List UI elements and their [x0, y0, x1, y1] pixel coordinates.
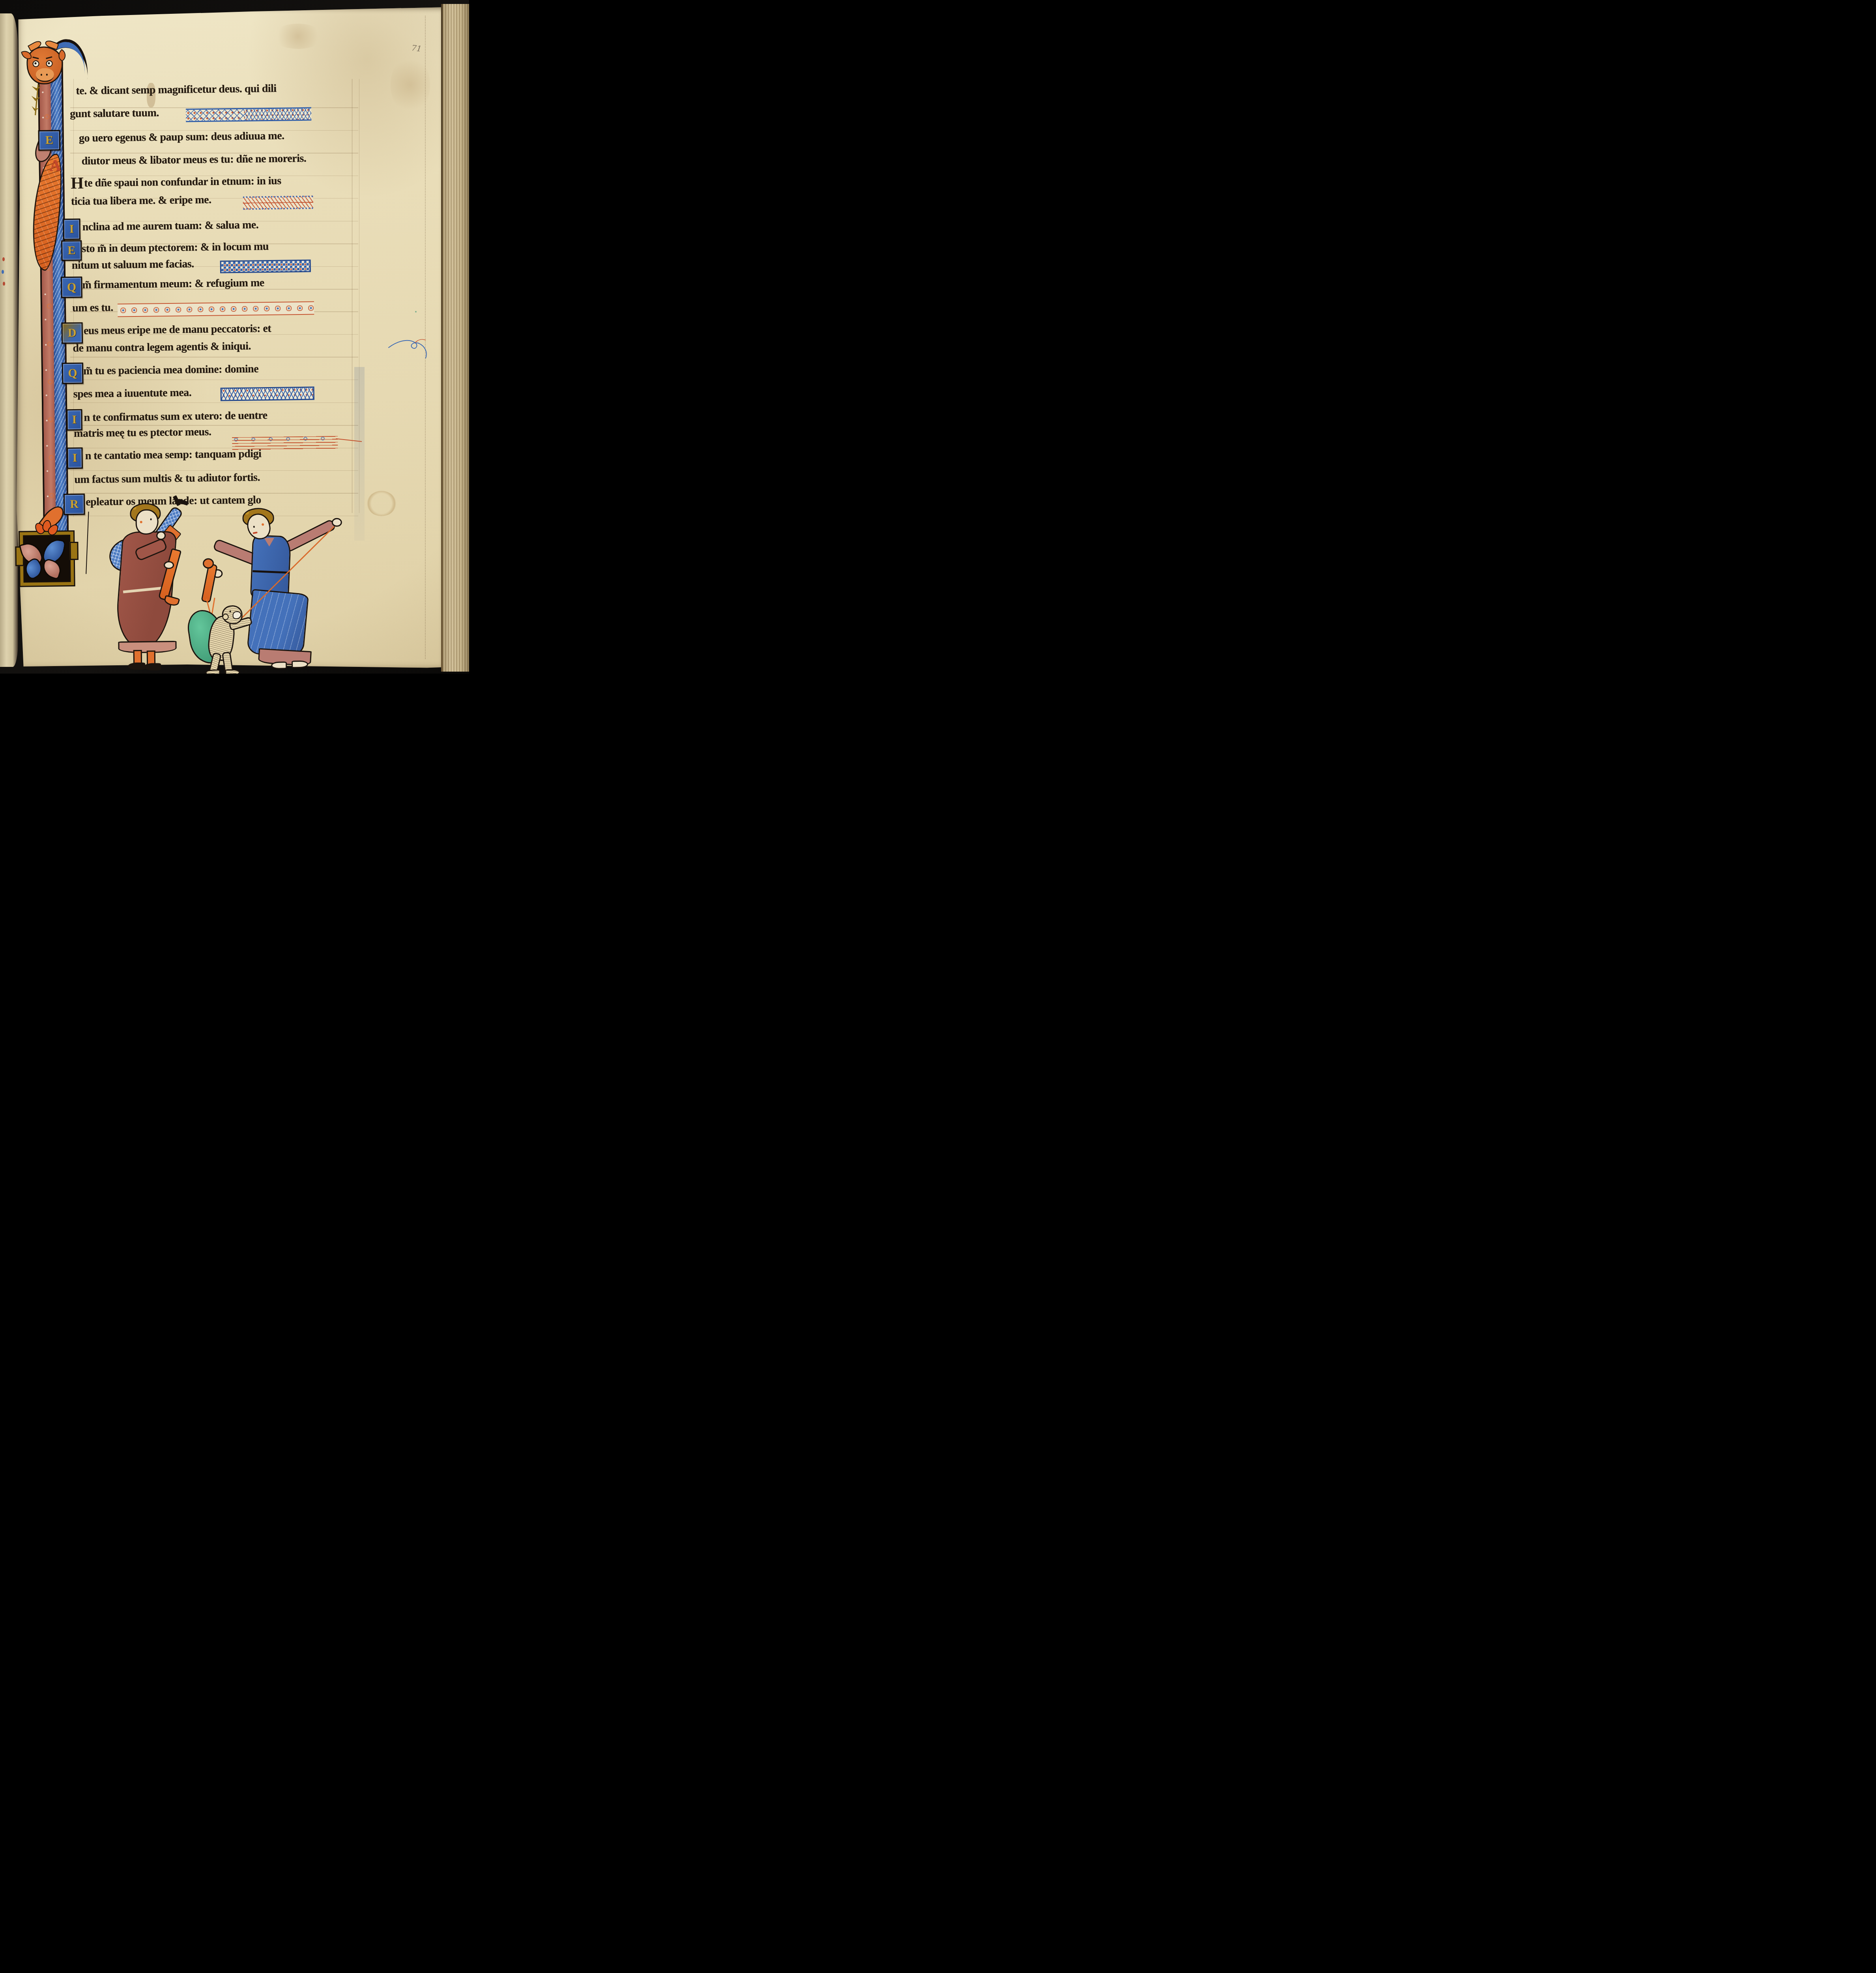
- ape-muzzle: [232, 611, 241, 619]
- mouth: [253, 532, 258, 534]
- initial-panel-E: E: [38, 130, 61, 151]
- initial-panel-I: I: [67, 447, 83, 469]
- ape-figure: [188, 603, 252, 673]
- text-line: um es tu.: [72, 301, 113, 319]
- ape-ear: [223, 614, 229, 620]
- keeper-arm-raised: [283, 519, 337, 553]
- initial-letter: Q: [67, 281, 77, 294]
- initial-letter: E: [67, 244, 75, 257]
- initial-letter: I: [69, 223, 74, 236]
- manuscript-photo: 71: [0, 0, 469, 674]
- line-filler-zigzag: [221, 387, 314, 401]
- initial-letter: Q: [68, 367, 77, 380]
- piper-shoe: [128, 663, 145, 670]
- ape-foot: [225, 669, 240, 674]
- page-content: 71: [0, 0, 469, 674]
- initial-panel-D: D: [62, 322, 83, 344]
- horn-icon: [28, 39, 43, 52]
- eye-icon: [32, 60, 39, 67]
- text-line: te. & dicant semp magnificetur deus. qui…: [76, 82, 277, 102]
- text-line: go uero egenus & paup sum: deus adiuua m…: [79, 129, 284, 149]
- initial-panel-Q: Q: [62, 363, 84, 384]
- text-line: diutor meus & libator meus es tu: dñe ne…: [81, 152, 306, 172]
- initial-panel-I: I: [63, 219, 80, 240]
- initial-panel-E: E: [61, 240, 82, 261]
- keeper-skirt: [247, 589, 309, 659]
- text-line: ticia tua libera me. & eripe me.: [71, 194, 211, 213]
- nostril: [41, 74, 42, 76]
- text-line: te dñe spaui non confundar in etnum: in …: [84, 175, 281, 195]
- pen-line: [86, 512, 89, 574]
- text-line: um factus sum multis & tu adiutor fortis…: [74, 471, 260, 491]
- initial-panel-Q: Q: [61, 277, 82, 298]
- initial-letter: D: [68, 326, 77, 340]
- brow: [32, 56, 39, 59]
- ape-foot: [205, 670, 220, 674]
- initial-letter: I: [72, 413, 77, 427]
- line-filler-vine: [232, 436, 338, 451]
- initial-letter: I: [73, 451, 77, 465]
- eye-icon: [229, 610, 231, 612]
- text-line: eus meus eripe me de manu peccatoris: et: [84, 322, 271, 342]
- text-line: de manu contra legem agentis & iniqui.: [73, 340, 251, 359]
- eye-icon: [150, 519, 152, 520]
- line-filler-checker: [220, 260, 311, 273]
- foliate-terminal: [20, 532, 74, 586]
- vine-tail: [336, 438, 362, 442]
- initial-black-H: H: [71, 174, 84, 193]
- text-line: nitum ut saluum me facias.: [72, 258, 194, 277]
- eye-icon: [253, 526, 255, 528]
- initial-panel-R: R: [64, 494, 85, 515]
- line-filler-chevron: [245, 107, 311, 122]
- keeper-foot: [271, 661, 287, 669]
- eye-icon: [46, 60, 52, 67]
- line-filler-lattice: [186, 108, 245, 122]
- cheek-dot: [262, 523, 264, 526]
- text-line: m̃ tu es paciencia mea domine: domine: [83, 363, 258, 382]
- initial-letter: E: [45, 134, 53, 147]
- brow: [46, 56, 52, 59]
- text-line: gunt salutare tuum.: [70, 107, 159, 125]
- muzzle: [36, 68, 54, 82]
- text-line: matris meę tu es ptector meus.: [74, 426, 211, 445]
- piper-shoe: [144, 663, 161, 670]
- text-line: spes mea a iuuentute mea.: [73, 386, 192, 405]
- text-line: m̃ firmamentum meum: & refugium me: [82, 277, 264, 296]
- club: [201, 563, 218, 603]
- keeper-foot: [292, 661, 308, 668]
- text-line: sto m̃ in deum ptectorem: & in locum mu: [82, 240, 269, 260]
- folio-number: 71: [411, 43, 422, 54]
- initial-panel-I: I: [66, 409, 82, 431]
- nostril: [46, 74, 48, 76]
- initial-rubric-A: A: [49, 156, 61, 174]
- text-line: nclina ad me aurem tuam: & salua me.: [82, 219, 258, 238]
- cheek-dot: [140, 521, 142, 523]
- keeper-hand: [332, 518, 342, 527]
- piper-head: [135, 509, 159, 535]
- rose-leaf: [40, 558, 64, 580]
- initial-letter: R: [70, 498, 79, 511]
- line-filler-feather: [243, 196, 313, 210]
- line-filler-scrollvine: [118, 301, 314, 317]
- ape-head: [222, 605, 243, 625]
- pen-flourish-icon: [387, 335, 431, 363]
- horn-icon: [44, 39, 59, 50]
